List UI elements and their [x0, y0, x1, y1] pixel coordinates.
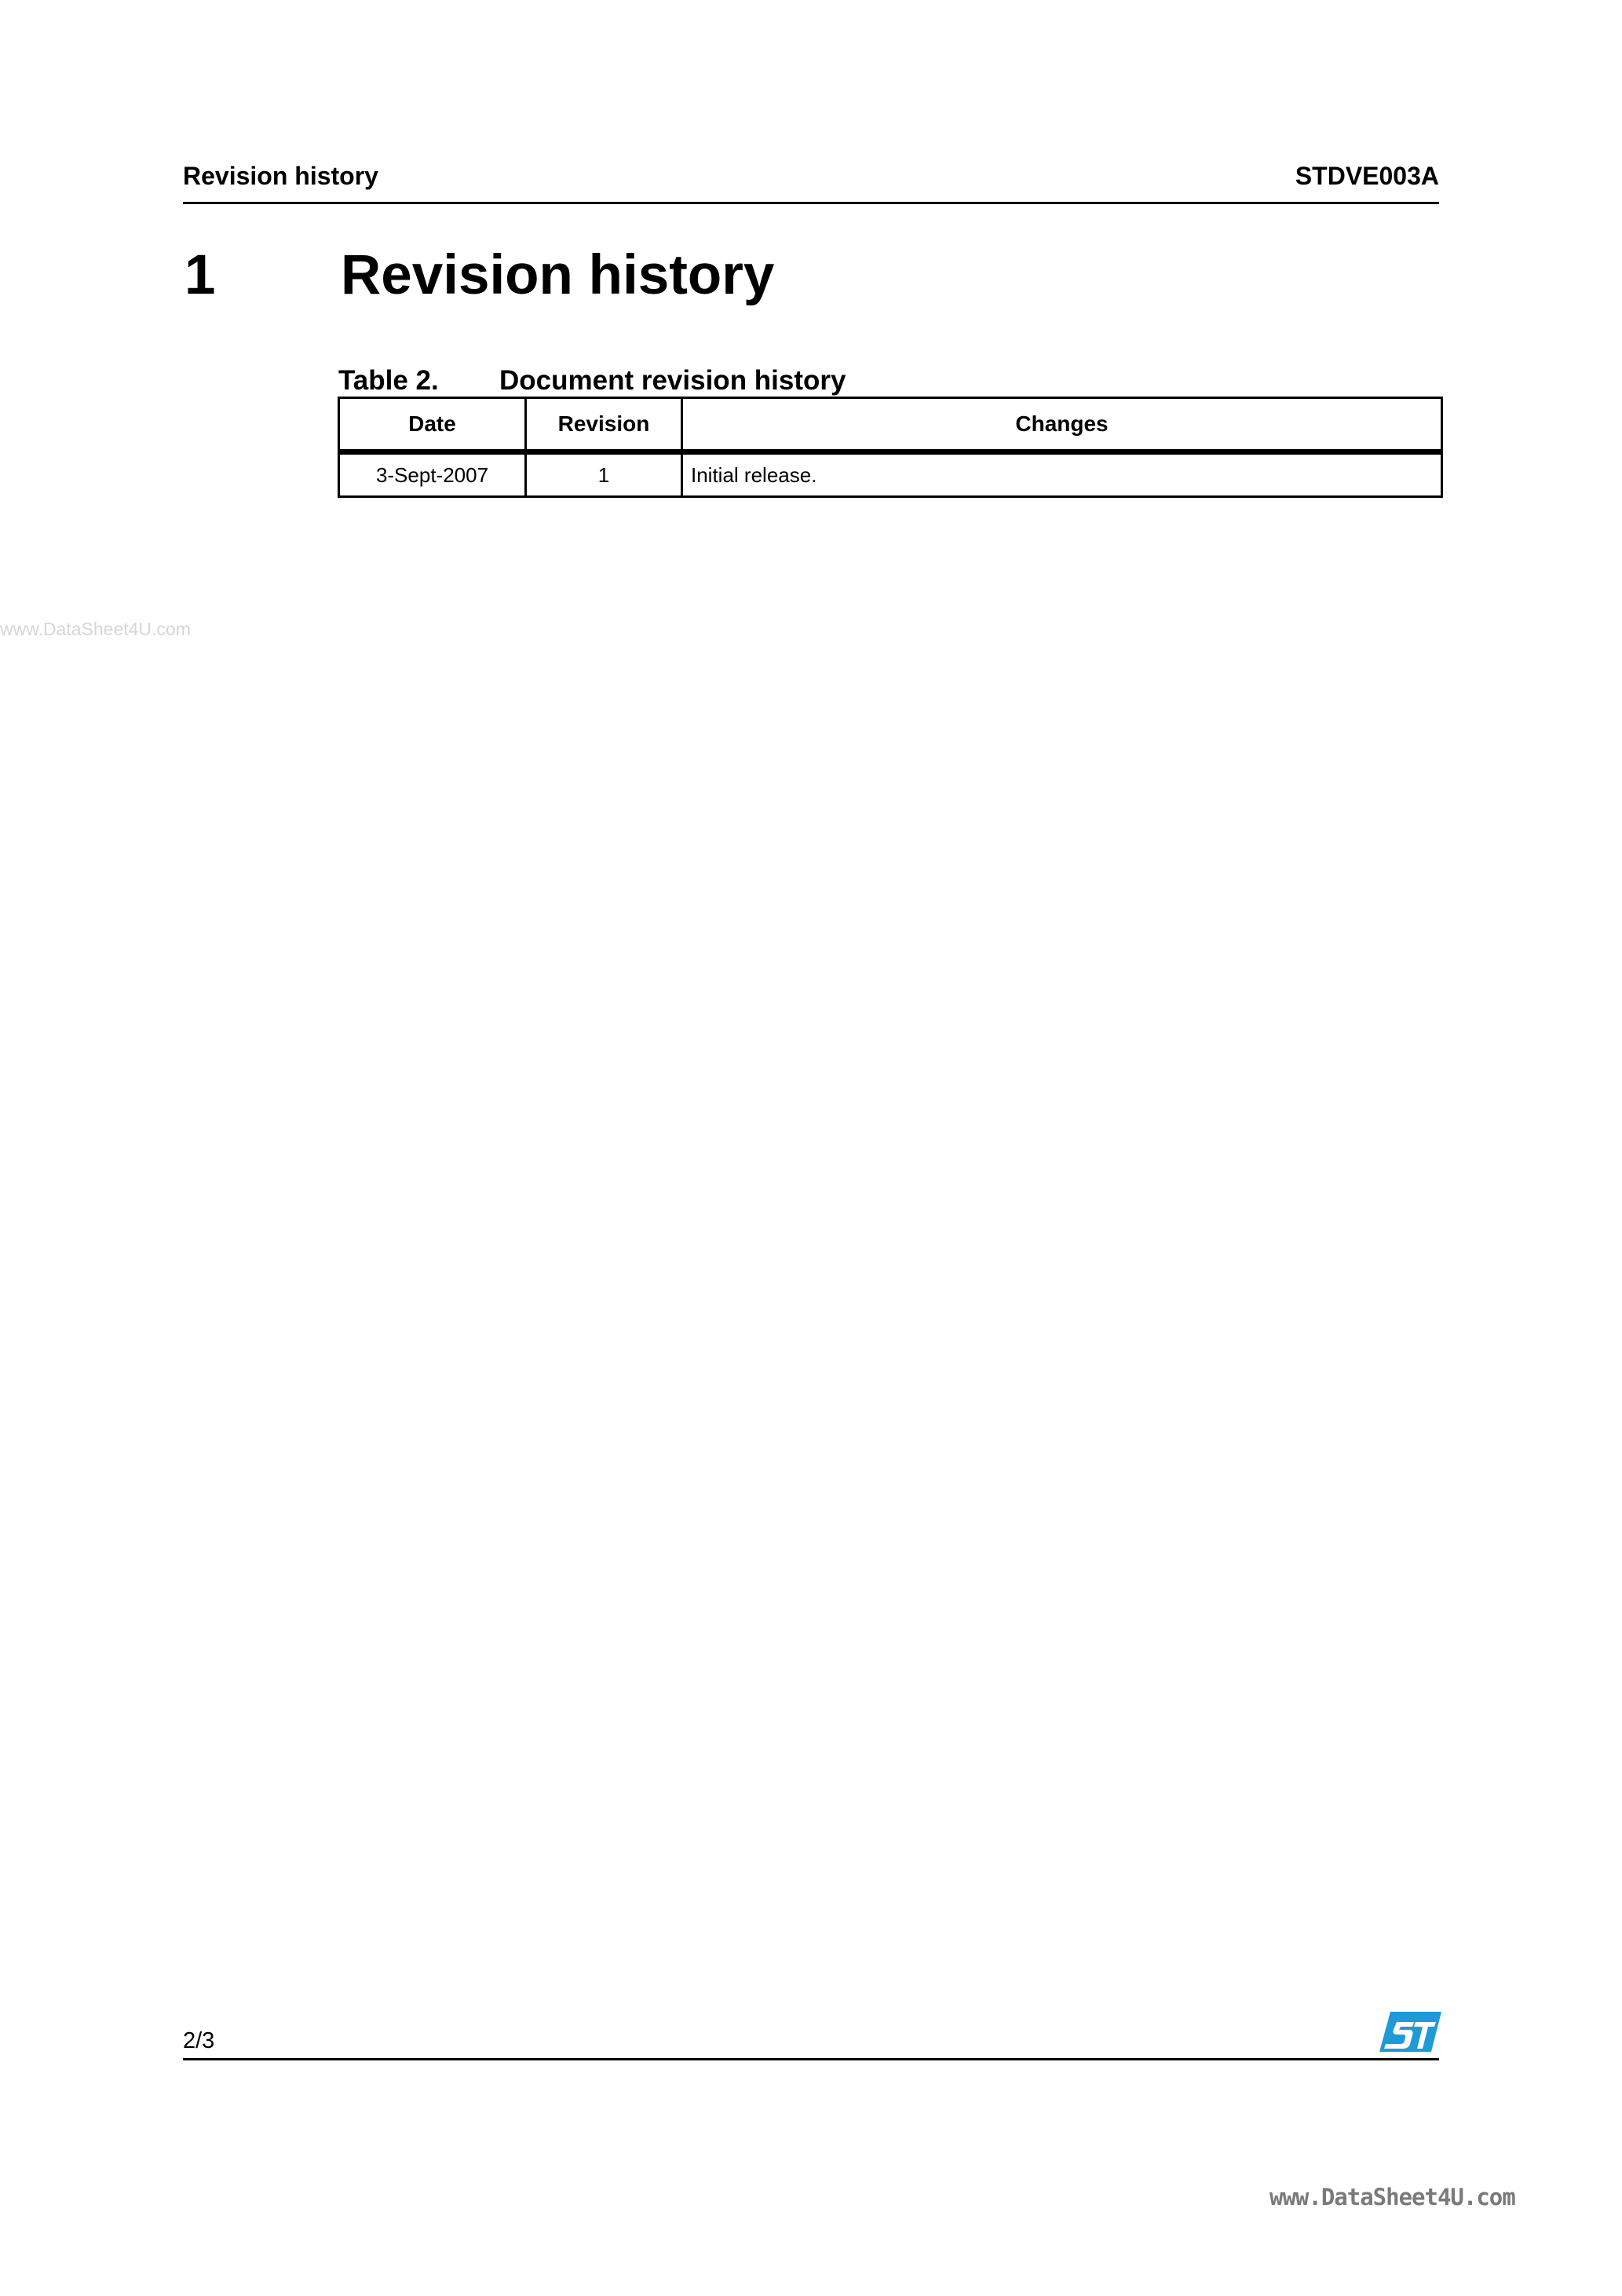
table-caption-number: Table 2. [338, 367, 439, 394]
header-rule [183, 202, 1439, 204]
table-header-row: Date Revision Changes [339, 398, 1442, 452]
cell-changes: Initial release. [682, 452, 1442, 497]
section-title: Revision history [341, 247, 774, 303]
column-header-date: Date [339, 398, 526, 452]
cell-date: 3-Sept-2007 [339, 452, 526, 497]
column-header-changes: Changes [682, 398, 1442, 452]
column-header-revision: Revision [526, 398, 682, 452]
page-number: 2/3 [183, 2030, 214, 2053]
running-header-document-id: STDVE003A [1295, 163, 1439, 188]
cell-revision: 1 [526, 452, 682, 497]
section-number: 1 [184, 247, 216, 303]
watermark-bottom-right: www.DataSheet4U.com [1269, 2186, 1515, 2209]
table-row: 3-Sept-2007 1 Initial release. [339, 452, 1442, 497]
table-caption-title: Document revision history [499, 367, 846, 394]
footer-rule [183, 2058, 1439, 2060]
running-header-section: Revision history [183, 163, 378, 188]
revision-history-table: Date Revision Changes 3-Sept-2007 1 Init… [338, 397, 1443, 498]
st-logo-icon [1379, 2011, 1442, 2053]
watermark-left: www.DataSheet4U.com [0, 620, 191, 638]
